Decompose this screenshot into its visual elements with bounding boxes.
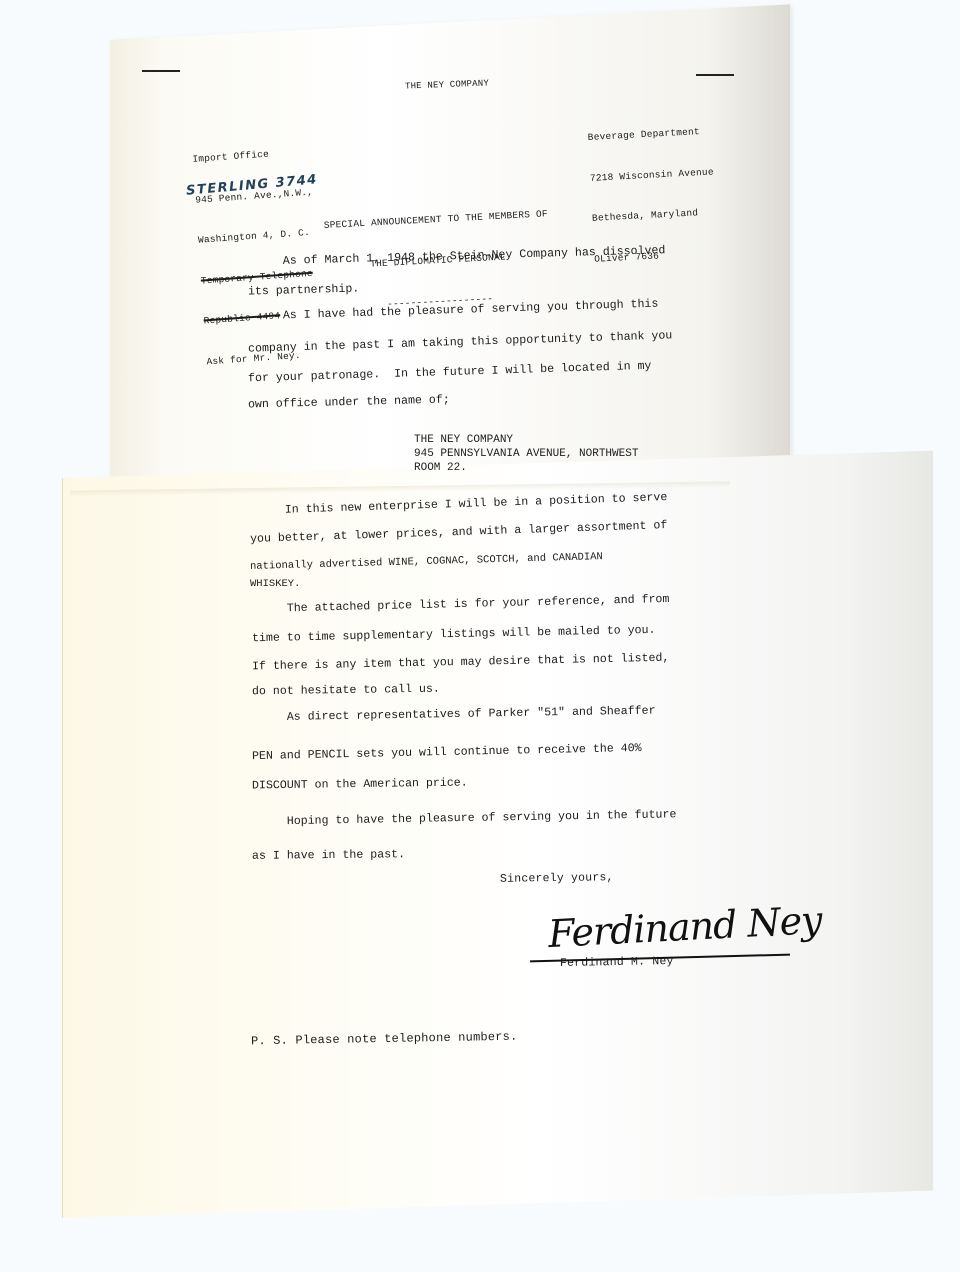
closing: Sincerely yours,: [500, 871, 614, 886]
postscript: P. S. Please note telephone numbers.: [251, 1030, 518, 1049]
letterhead: THE NEY COMPANY: [405, 78, 489, 91]
signature: Ferdinand Ney: [547, 898, 823, 956]
letter: THE NEY COMPANY Import Office 945 Penn. …: [0, 0, 960, 1272]
signer-name: Ferdinand M. Ney: [560, 955, 674, 970]
new-address-line: THE NEY COMPANY: [414, 434, 513, 446]
new-address-line: 945 PENNSYLVANIA AVENUE, NORTHWEST: [414, 448, 638, 460]
beverage-department-address: Beverage Department 7218 Wisconsin Avenu…: [586, 97, 720, 295]
new-address-line: ROOM 22.: [414, 462, 467, 474]
